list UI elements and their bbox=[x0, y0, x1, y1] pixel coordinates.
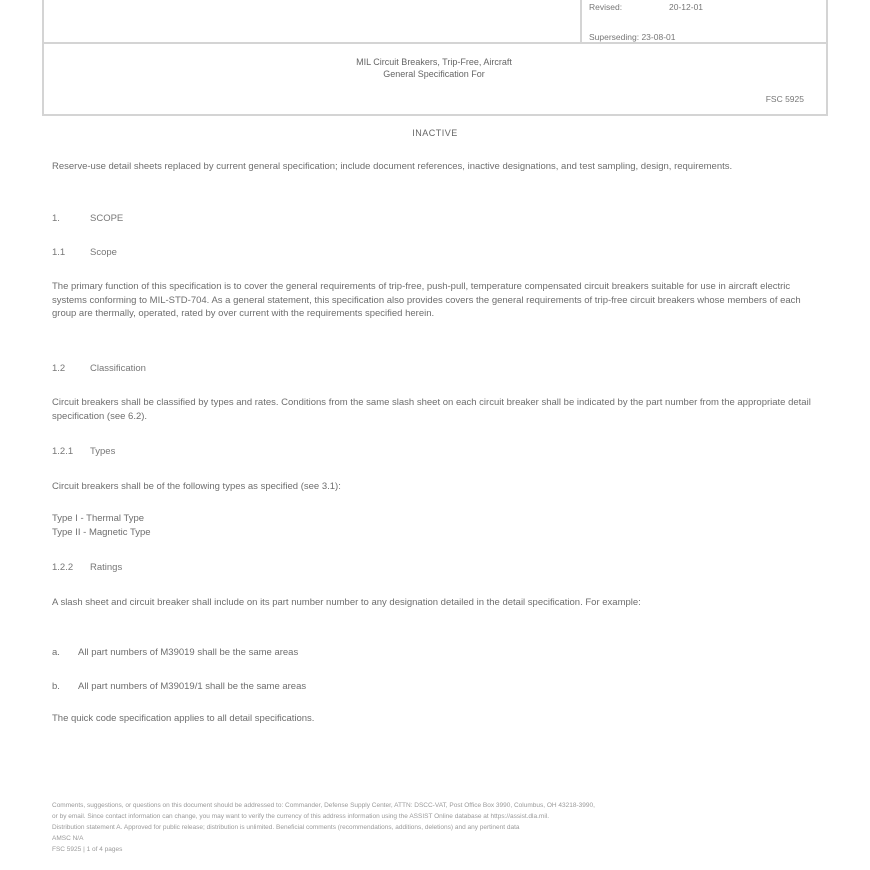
example-item-b: b.All part numbers of M39019/1 shall be … bbox=[52, 680, 822, 694]
type-item: Type I - Thermal Type bbox=[52, 512, 822, 526]
inactive-banner: INACTIVE bbox=[0, 128, 870, 138]
revision-row: Revised: 20-12-01 bbox=[589, 2, 622, 12]
header-box: Revised: 20-12-01 Superseding: 23-08-01 … bbox=[42, 0, 828, 116]
footer-notes: Comments, suggestions, or questions on t… bbox=[52, 800, 822, 855]
header-divider bbox=[44, 42, 826, 44]
section-heading-ratings: 1.2.2Ratings bbox=[52, 562, 122, 573]
superseding-text: Superseding: 23-08-01 bbox=[589, 32, 675, 42]
types-list: Type I - Thermal Type Type II - Magnetic… bbox=[52, 512, 822, 539]
header-vertical-divider bbox=[580, 0, 582, 44]
types-paragraph: Circuit breakers shall be of the followi… bbox=[52, 480, 822, 494]
section-heading-types: 1.2.1Types bbox=[52, 446, 115, 457]
ratings-paragraph: A slash sheet and circuit breaker shall … bbox=[52, 596, 822, 610]
classification-paragraph: Circuit breakers shall be classified by … bbox=[52, 396, 822, 423]
section-heading-scope: 1.SCOPE bbox=[52, 213, 123, 224]
example-item-a: a.All part numbers of M39019 shall be th… bbox=[52, 646, 822, 660]
section-heading-scope-sub: 1.1Scope bbox=[52, 247, 117, 258]
title-line-2: General Specification For bbox=[284, 68, 584, 80]
closing-paragraph: The quick code specification applies to … bbox=[52, 712, 822, 726]
title-line-1: MIL Circuit Breakers, Trip-Free, Aircraf… bbox=[284, 56, 584, 68]
revision-value: 20-12-01 bbox=[669, 2, 703, 12]
intro-paragraph: Reserve-use detail sheets replaced by cu… bbox=[52, 160, 822, 174]
revision-label: Revised: bbox=[589, 2, 622, 12]
fsc-code: FSC 5925 bbox=[766, 94, 804, 104]
document-title: MIL Circuit Breakers, Trip-Free, Aircraf… bbox=[284, 56, 584, 80]
scope-paragraph: The primary function of this specificati… bbox=[52, 280, 822, 321]
type-item: Type II - Magnetic Type bbox=[52, 526, 822, 540]
section-heading-classification: 1.2Classification bbox=[52, 363, 146, 374]
